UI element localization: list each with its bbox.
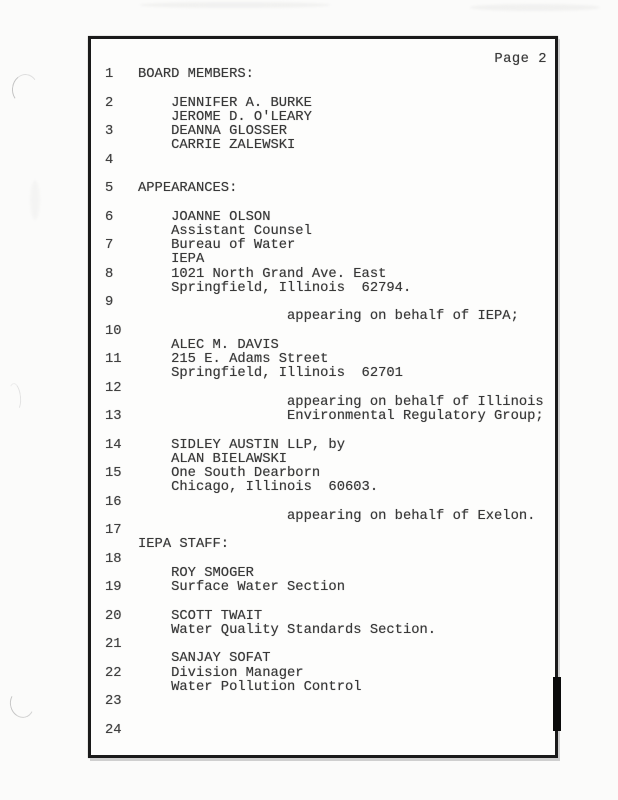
binder-mark: [553, 677, 561, 731]
transcript-row: 23: [91, 695, 555, 709]
pen-mark-artifact: [10, 72, 40, 105]
line-text: SIDLEY AUSTIN LLP, by: [138, 439, 345, 453]
transcript-row: Chicago, Illinois 60603.: [91, 481, 555, 495]
line-text: appearing on behalf of Illinois: [138, 396, 544, 410]
line-number: 7: [91, 239, 138, 253]
pen-mark-artifact: [7, 688, 37, 721]
transcript-row: 24: [91, 724, 555, 738]
line-number: 9: [91, 296, 138, 310]
transcript-row: [91, 709, 555, 723]
line-number: 21: [91, 638, 138, 652]
transcript-row: 4: [91, 154, 555, 168]
line-text: JEROME D. O'LEARY: [138, 111, 312, 125]
line-number: 12: [91, 382, 138, 396]
line-number: 14: [91, 439, 138, 453]
pen-mark-artifact: [8, 382, 23, 411]
line-number: 3: [91, 125, 138, 139]
line-text: Division Manager: [138, 667, 304, 681]
transcript-row: appearing on behalf of Exelon.: [91, 510, 555, 524]
transcript-row: 16: [91, 496, 555, 510]
transcript-row: 18: [91, 553, 555, 567]
line-number: 23: [91, 695, 138, 709]
line-text: JOANNE OLSON: [138, 211, 270, 225]
line-number: 8: [91, 268, 138, 282]
line-text: SANJAY SOFAT: [138, 652, 270, 666]
line-number: 10: [91, 325, 138, 339]
line-text: BOARD MEMBERS:: [138, 68, 254, 82]
line-number: 13: [91, 410, 138, 424]
transcript-row: Assistant Counsel: [91, 225, 555, 239]
transcript-row: [91, 738, 555, 752]
transcript-row: 5 APPEARANCES:: [91, 182, 555, 196]
transcript-row: IEPA STAFF:: [91, 538, 555, 552]
line-text: IEPA STAFF:: [138, 538, 229, 552]
transcript-row: 13 Environmental Regulatory Group;: [91, 410, 555, 424]
transcript-row: ROY SMOGER: [91, 567, 555, 581]
line-number: 24: [91, 724, 138, 738]
transcript-row: appearing on behalf of Illinois: [91, 396, 555, 410]
line-text: Surface Water Section: [138, 581, 345, 595]
transcript-row: JEROME D. O'LEARY: [91, 111, 555, 125]
line-text: ALAN BIELAWSKI: [138, 453, 287, 467]
line-number: 16: [91, 496, 138, 510]
transcript-row: [91, 595, 555, 609]
line-text: CARRIE ZALEWSKI: [138, 139, 295, 153]
transcript-row: Water Quality Standards Section.: [91, 624, 555, 638]
line-text: Water Pollution Control: [138, 681, 362, 695]
transcript-row: 2 JENNIFER A. BURKE: [91, 97, 555, 111]
line-number: 2: [91, 97, 138, 111]
scan-smudge: [30, 180, 40, 220]
line-number: 1: [91, 68, 138, 82]
line-text: JENNIFER A. BURKE: [138, 97, 312, 111]
line-text: IEPA: [138, 253, 204, 267]
line-text: appearing on behalf of Exelon.: [138, 510, 535, 524]
transcript-row: [91, 82, 555, 96]
transcript-row: [91, 196, 555, 210]
transcript-row: IEPA: [91, 253, 555, 267]
transcript-row: 20 SCOTT TWAIT: [91, 610, 555, 624]
transcript-row: Springfield, Illinois 62794.: [91, 282, 555, 296]
line-number: 18: [91, 553, 138, 567]
line-text: Chicago, Illinois 60603.: [138, 481, 378, 495]
transcript-row: SANJAY SOFAT: [91, 652, 555, 666]
line-number: 20: [91, 610, 138, 624]
transcript-row: 6 JOANNE OLSON: [91, 211, 555, 225]
line-number: 6: [91, 211, 138, 225]
line-number: 17: [91, 524, 138, 538]
line-number: 19: [91, 581, 138, 595]
transcript-row: appearing on behalf of IEPA;: [91, 310, 555, 324]
transcript-row: 1 BOARD MEMBERS:: [91, 68, 555, 82]
line-number: 5: [91, 182, 138, 196]
transcript-row: ALAN BIELAWSKI: [91, 453, 555, 467]
transcript-rows: 1 BOARD MEMBERS: 2 JENNIFER A. BURKE JER…: [91, 68, 555, 752]
line-text: APPEARANCES:: [138, 182, 237, 196]
scan-smudge: [140, 2, 330, 8]
page-number-label: Page 2: [494, 52, 547, 67]
scanned-transcript-page: Page 2 1 BOARD MEMBERS: 2 JENNIFER A. BU…: [0, 0, 618, 800]
line-text: Environmental Regulatory Group;: [138, 410, 544, 424]
transcript-row: ALEC M. DAVIS: [91, 339, 555, 353]
transcript-row: 19 Surface Water Section: [91, 581, 555, 595]
transcript-row: CARRIE ZALEWSKI: [91, 139, 555, 153]
transcript-row: Springfield, Illinois 62701: [91, 367, 555, 381]
transcript-row: [91, 168, 555, 182]
transcript-row: 22 Division Manager: [91, 667, 555, 681]
line-text: SCOTT TWAIT: [138, 610, 262, 624]
transcript-row: 10: [91, 325, 555, 339]
line-number: 15: [91, 467, 138, 481]
line-text: ALEC M. DAVIS: [138, 339, 279, 353]
line-text: Water Quality Standards Section.: [138, 624, 436, 638]
line-text: ROY SMOGER: [138, 567, 254, 581]
line-text: Springfield, Illinois 62794.: [138, 282, 411, 296]
line-text: appearing on behalf of IEPA;: [138, 310, 519, 324]
line-number: 4: [91, 154, 138, 168]
transcript-row: 12: [91, 382, 555, 396]
line-number: 11: [91, 353, 138, 367]
line-number: 22: [91, 667, 138, 681]
transcript-row: 14 SIDLEY AUSTIN LLP, by: [91, 439, 555, 453]
transcript-row: Water Pollution Control: [91, 681, 555, 695]
transcript-row: [91, 424, 555, 438]
transcript-row: 8 1021 North Grand Ave. East: [91, 268, 555, 282]
line-text: 1021 North Grand Ave. East: [138, 268, 386, 282]
line-text: Assistant Counsel: [138, 225, 312, 239]
line-text: Springfield, Illinois 62701: [138, 367, 403, 381]
scan-smudge: [470, 4, 600, 11]
paper-sheet: Page 2 1 BOARD MEMBERS: 2 JENNIFER A. BU…: [88, 36, 558, 758]
